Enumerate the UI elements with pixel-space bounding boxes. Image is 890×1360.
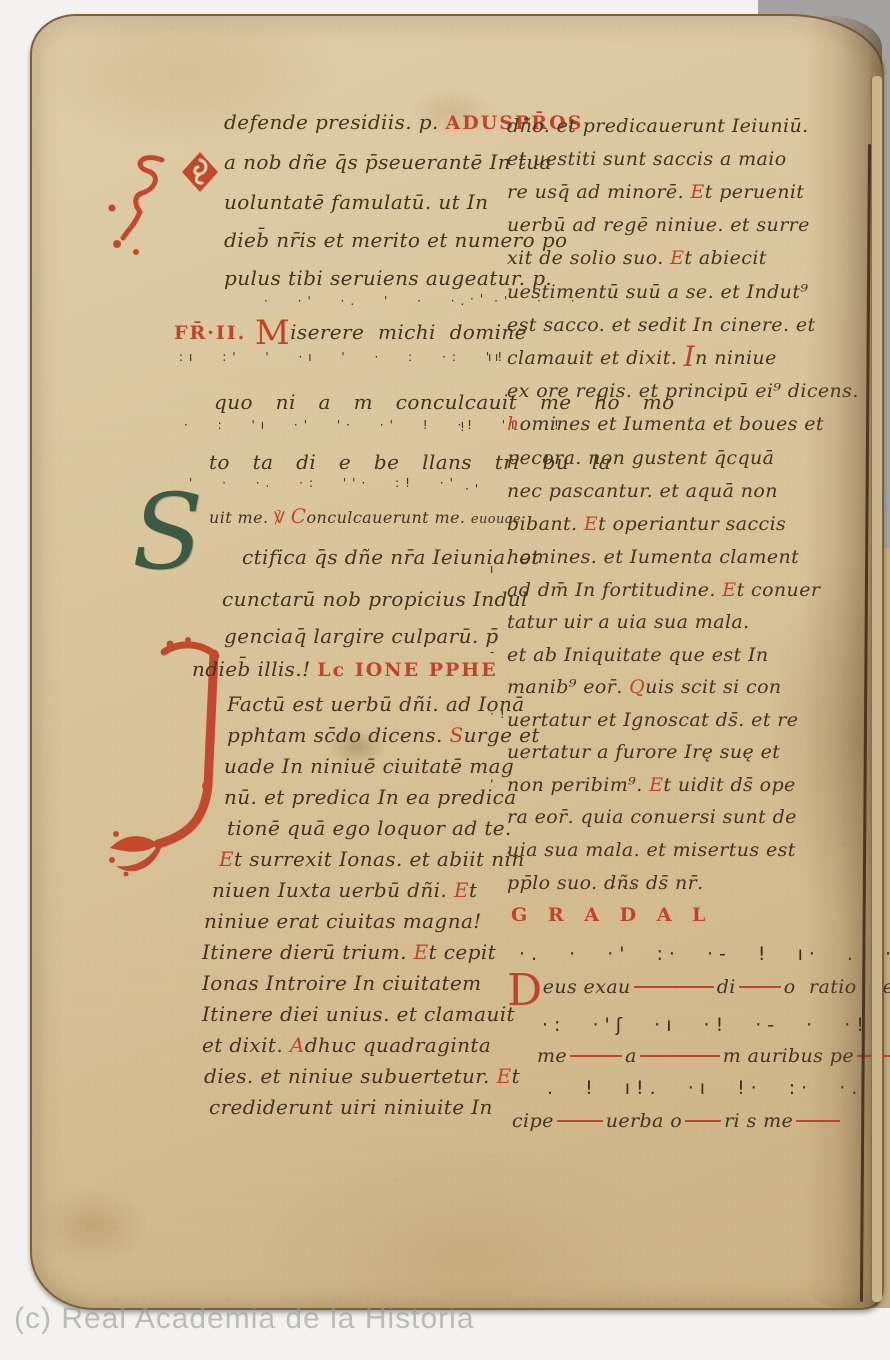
neume-row: , [490, 770, 500, 784]
text-run: - [490, 645, 500, 659]
neume-row: ·! [490, 707, 511, 721]
text-run: , [490, 770, 500, 784]
text-run: ·' [470, 292, 489, 306]
text-run: ·' [465, 482, 484, 496]
text-run: ! [460, 420, 471, 434]
neume-row: ··· [612, 880, 641, 894]
neume-row: ı [490, 562, 499, 576]
neume-row: ! [460, 420, 471, 434]
text-run: ı [490, 562, 499, 576]
text-run: ·! [490, 707, 511, 721]
parchment-page: S defende presidiis. p. ADUSPR̄OSa nob d… [30, 14, 884, 1310]
neume-row: ı! [488, 350, 508, 364]
text-run: ··· [612, 880, 641, 894]
manuscript-photo: S defende presidiis. p. ADUSPR̄OSa nob d… [0, 0, 890, 1360]
neume-row: - [490, 645, 500, 659]
gutter-marks: ·'ı!!·'ı-·!,··· [32, 16, 882, 1308]
neume-row: ·' [470, 292, 489, 306]
page-leaf-edge [871, 76, 882, 1302]
copyright-watermark: (c) Real Academia de la Historia [14, 1302, 475, 1336]
neume-row: ·' [465, 482, 484, 496]
text-run: ı! [488, 350, 508, 364]
